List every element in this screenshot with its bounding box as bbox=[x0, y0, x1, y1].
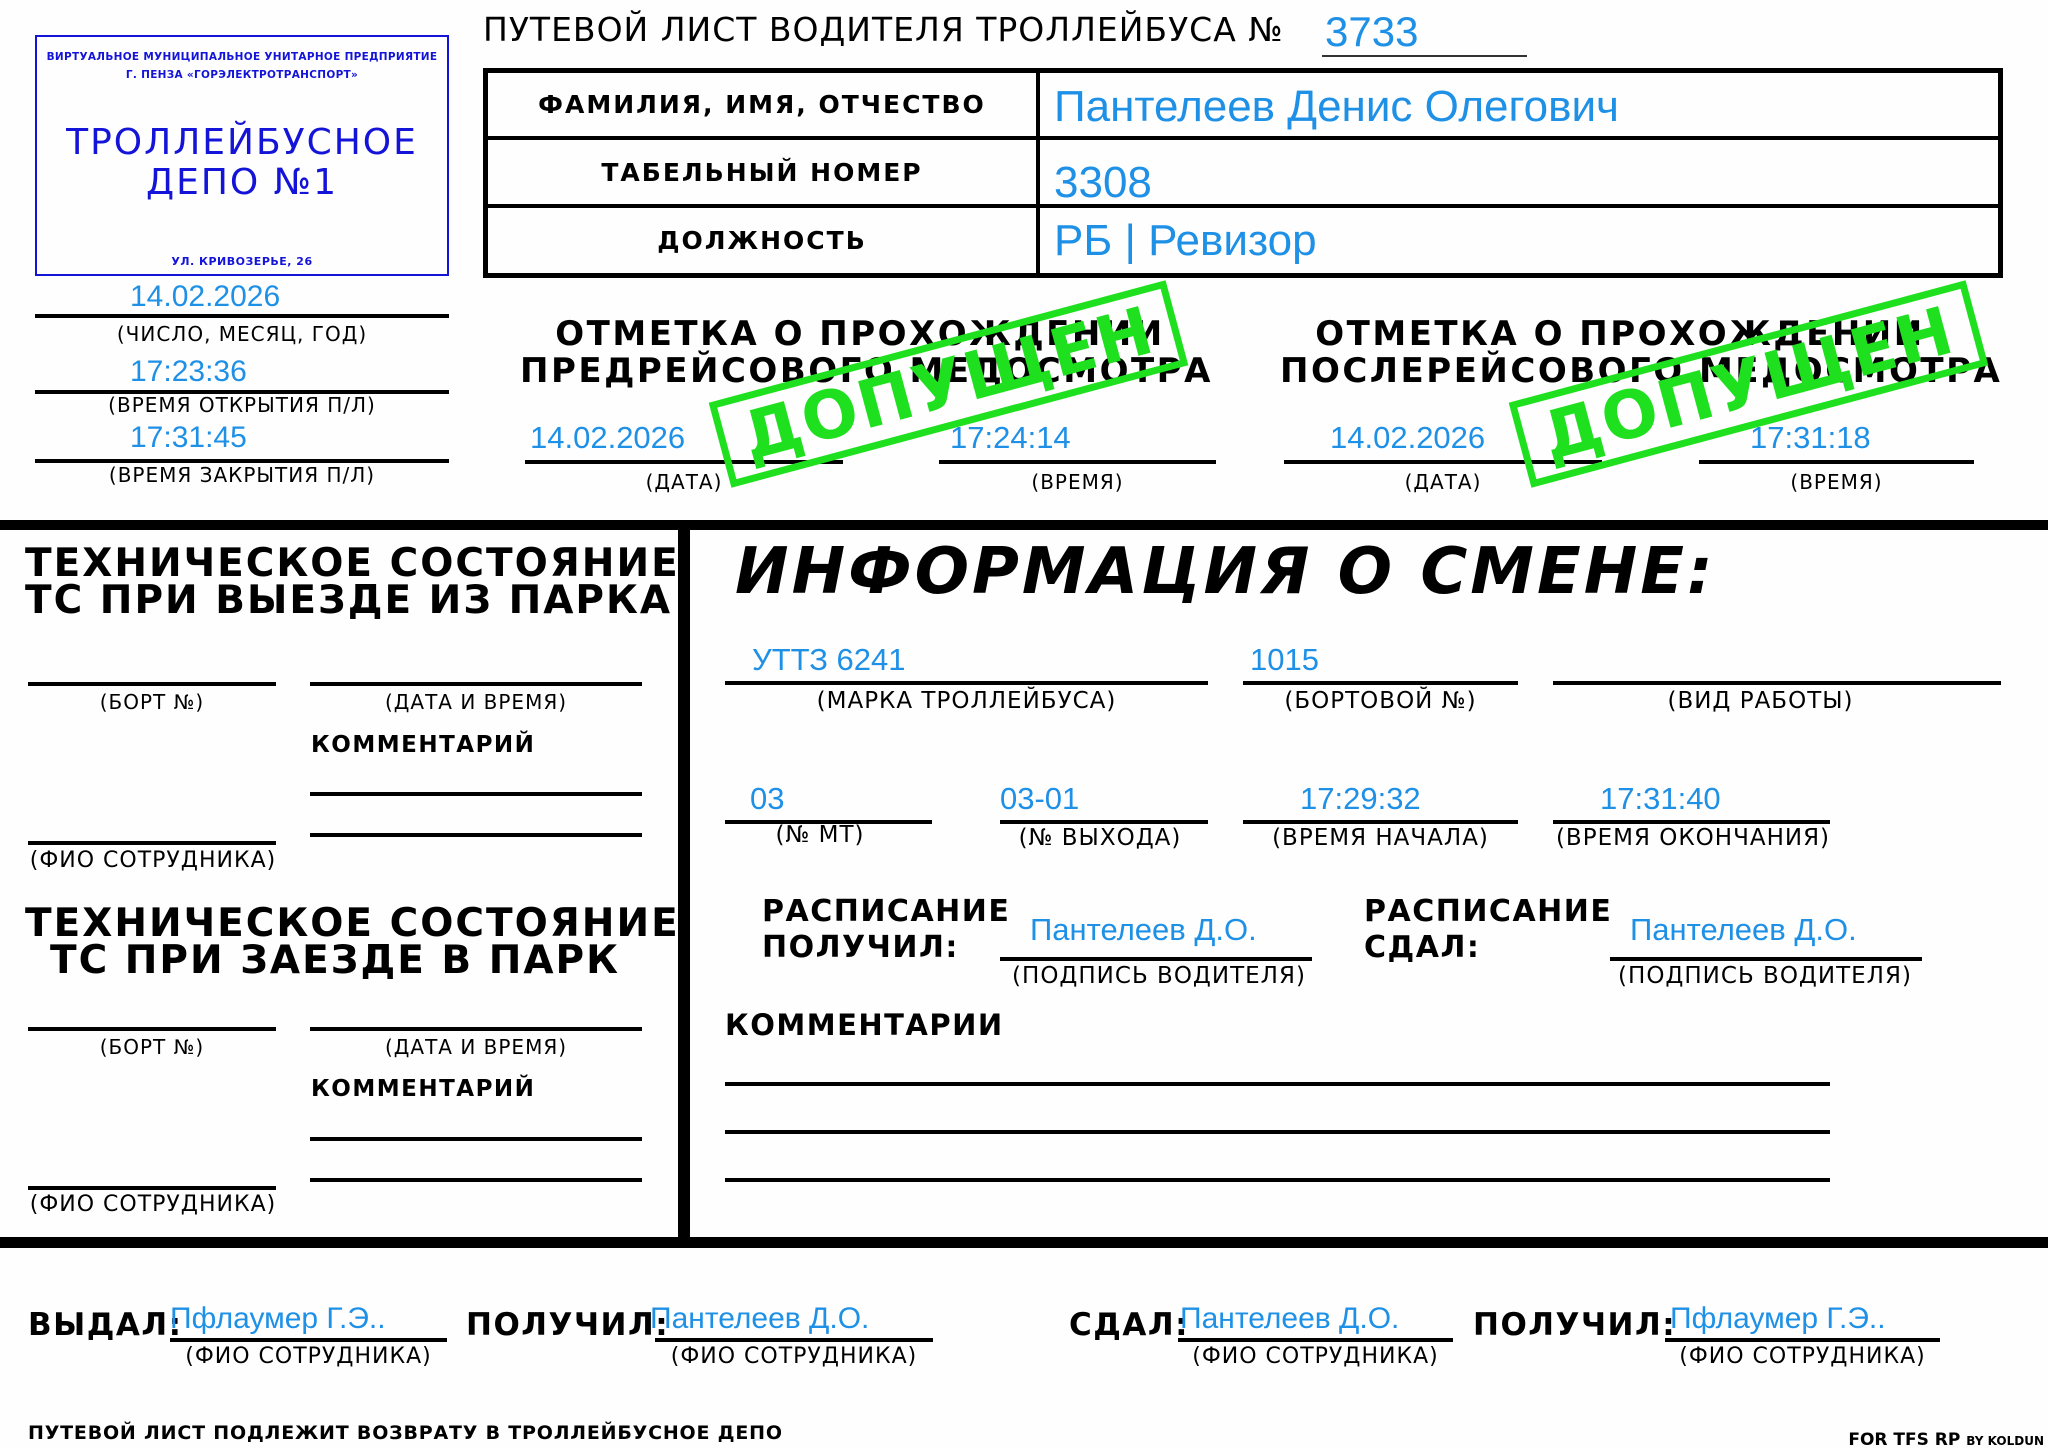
board-number-line bbox=[1243, 681, 1518, 685]
driver-row-position: ДОЛЖНОСТЬ РБ | Ревизор bbox=[488, 208, 1998, 273]
tech-in-board-caption: (БОРТ №) bbox=[28, 1035, 276, 1059]
schedule-received-label-line2: ПОЛУЧИЛ: bbox=[762, 930, 1010, 966]
schedule-returned-line bbox=[1610, 957, 1922, 961]
return-notice: ПУТЕВОЙ ЛИСТ ПОДЛЕЖИТ ВОЗВРАТУ В ТРОЛЛЕЙ… bbox=[28, 1422, 783, 1444]
fullname-label: ФАМИЛИЯ, ИМЯ, ОТЧЕСТВО bbox=[488, 73, 1036, 136]
end-time-line bbox=[1553, 820, 1830, 824]
pretrip-approved-stamp: ДОПУЩЕН bbox=[709, 280, 1188, 487]
tech-in-title-line2: ТС ПРИ ЗАЕЗДЕ В ПАРК bbox=[25, 942, 645, 979]
schedule-received-label: РАСПИСАНИЕ ПОЛУЧИЛ: bbox=[762, 894, 1010, 966]
tech-out-comment-label: КОММЕНТАРИЙ bbox=[311, 732, 535, 758]
received-by-value[interactable]: Пантелеев Д.О. bbox=[650, 1302, 869, 1336]
tech-out-board-caption: (БОРТ №) bbox=[28, 690, 276, 714]
shift-comments-label: КОММЕНТАРИИ bbox=[725, 1008, 1004, 1042]
start-time-line bbox=[1243, 820, 1518, 824]
schedule-returned-label-line2: СДАЛ: bbox=[1364, 930, 1612, 966]
tech-in-title-line1: ТЕХНИЧЕСКОЕ СОСТОЯНИЕ bbox=[25, 905, 645, 942]
tech-out-comment-line-2[interactable] bbox=[310, 833, 642, 837]
posttrip-date-value[interactable]: 14.02.2026 bbox=[1330, 420, 1485, 456]
posttrip-time-value[interactable]: 17:31:18 bbox=[1750, 420, 1871, 456]
credit-main: FOR TFS RP bbox=[1848, 1430, 1960, 1448]
schedule-received-line bbox=[1000, 957, 1312, 961]
route-number-caption: (№ МТ) bbox=[725, 822, 915, 848]
depot-name: ТРОЛЛЕЙБУСНОЕ ДЕПО №1 bbox=[37, 123, 447, 203]
issued-label: ВЫДАЛ: bbox=[28, 1307, 183, 1343]
document-title: ПУТЕВОЙ ЛИСТ ВОДИТЕЛЯ ТРОЛЛЕЙБУСА № bbox=[483, 10, 1284, 49]
org-name-line1: ВИРТУАЛЬНОЕ МУНИЦИПАЛЬНОЕ УНИТАРНОЕ ПРЕД… bbox=[37, 51, 447, 63]
trolleybus-model-value[interactable]: УТТЗ 6241 bbox=[752, 642, 906, 678]
position-value[interactable]: РБ | Ревизор bbox=[1054, 216, 1317, 266]
tech-out-comment-line-1[interactable] bbox=[310, 792, 642, 796]
section-divider-vertical bbox=[678, 520, 690, 1247]
returned-by-caption: (ФИО СОТРУДНИКА) bbox=[1178, 1344, 1453, 1369]
open-time-caption: (ВРЕМЯ ОТКРЫТИЯ П/Л) bbox=[35, 393, 449, 417]
depot-address: УЛ. КРИВОЗЕРЬЕ, 26 bbox=[37, 255, 447, 268]
issued-by-line bbox=[170, 1338, 447, 1342]
returned-label: СДАЛ: bbox=[1069, 1307, 1189, 1343]
schedule-returned-caption: (ПОДПИСЬ ВОДИТЕЛЯ) bbox=[1606, 963, 1924, 989]
route-number-value[interactable]: 03 bbox=[750, 781, 784, 817]
accepted-by-caption: (ФИО СОТРУДНИКА) bbox=[1665, 1344, 1940, 1369]
personnel-number-value[interactable]: 3308 bbox=[1054, 158, 1152, 208]
shift-info-title: ИНФОРМАЦИЯ О СМЕНЕ: bbox=[735, 535, 1716, 609]
posttrip-time-caption: (ВРЕМЯ) bbox=[1699, 470, 1974, 494]
pretrip-date-value[interactable]: 14.02.2026 bbox=[530, 420, 685, 456]
schedule-returned-label-line1: РАСПИСАНИЕ bbox=[1364, 894, 1612, 930]
schedule-returned-label: РАСПИСАНИЕ СДАЛ: bbox=[1364, 894, 1612, 966]
section-divider-bottom bbox=[0, 1237, 2048, 1248]
work-type-caption: (ВИД РАБОТЫ) bbox=[1553, 688, 1968, 714]
shift-comment-line-2[interactable] bbox=[725, 1130, 1830, 1134]
tech-in-employee-caption: (ФИО СОТРУДНИКА) bbox=[28, 1192, 278, 1217]
waybill-date-value[interactable]: 14.02.2026 bbox=[130, 280, 280, 314]
received-label: ПОЛУЧИЛ: bbox=[466, 1307, 669, 1343]
pretrip-time-line bbox=[939, 460, 1216, 464]
exit-number-value[interactable]: 03-01 bbox=[1000, 781, 1079, 817]
exit-number-line bbox=[1000, 820, 1208, 824]
schedule-received-signature[interactable]: Пантелеев Д.О. bbox=[1030, 912, 1257, 948]
tech-out-datetime-field[interactable] bbox=[310, 682, 642, 686]
driver-row-fullname: ФАМИЛИЯ, ИМЯ, ОТЧЕСТВО Пантелеев Денис О… bbox=[488, 73, 1998, 140]
fullname-value[interactable]: Пантелеев Денис Олегович bbox=[1054, 82, 1619, 132]
waybill-date-line bbox=[35, 314, 449, 318]
accepted-by-value[interactable]: Пфлаумер Г.Э.. bbox=[1670, 1302, 1886, 1336]
shift-comment-line-3[interactable] bbox=[725, 1178, 1830, 1182]
tech-out-board-field[interactable] bbox=[28, 682, 276, 686]
pretrip-time-value[interactable]: 17:24:14 bbox=[950, 420, 1071, 456]
tech-in-employee-field[interactable] bbox=[28, 1186, 276, 1190]
section-divider-top bbox=[0, 520, 2048, 530]
end-time-value[interactable]: 17:31:40 bbox=[1600, 781, 1721, 817]
received-by-line bbox=[655, 1338, 933, 1342]
trolleybus-model-caption: (МАРКА ТРОЛЛЕЙБУСА) bbox=[725, 688, 1208, 714]
shift-comment-line-1[interactable] bbox=[725, 1082, 1830, 1086]
credit-author: BY KOLDUN bbox=[1966, 1434, 2044, 1448]
tech-out-title-line2: ТС ПРИ ВЫЕЗДЕ ИЗ ПАРКА bbox=[25, 582, 645, 619]
table-divider bbox=[1036, 140, 1040, 204]
tech-in-comment-line-2[interactable] bbox=[310, 1178, 642, 1182]
accepted-label: ПОЛУЧИЛ: bbox=[1473, 1307, 1676, 1343]
schedule-returned-signature[interactable]: Пантелеев Д.О. bbox=[1630, 912, 1857, 948]
board-number-caption: (БОРТОВОЙ №) bbox=[1243, 688, 1518, 714]
posttrip-time-line bbox=[1699, 460, 1974, 464]
waybill-number-underline bbox=[1322, 55, 1527, 57]
issued-by-caption: (ФИО СОТРУДНИКА) bbox=[170, 1344, 447, 1369]
driver-row-personnel-number: ТАБЕЛЬНЫЙ НОМЕР 3308 bbox=[488, 140, 1998, 208]
position-label: ДОЛЖНОСТЬ bbox=[488, 208, 1036, 273]
tech-out-datetime-caption: (ДАТА И ВРЕМЯ) bbox=[310, 690, 642, 714]
depot-logo-stamp: ВИРТУАЛЬНОЕ МУНИЦИПАЛЬНОЕ УНИТАРНОЕ ПРЕД… bbox=[35, 35, 449, 276]
start-time-caption: (ВРЕМЯ НАЧАЛА) bbox=[1243, 825, 1518, 851]
tech-out-employee-field[interactable] bbox=[28, 841, 276, 845]
driver-info-table: ФАМИЛИЯ, ИМЯ, ОТЧЕСТВО Пантелеев Денис О… bbox=[483, 68, 2003, 278]
table-divider bbox=[1036, 208, 1040, 273]
tech-out-title: ТЕХНИЧЕСКОЕ СОСТОЯНИЕ ТС ПРИ ВЫЕЗДЕ ИЗ П… bbox=[25, 545, 645, 619]
end-time-caption: (ВРЕМЯ ОКОНЧАНИЯ) bbox=[1543, 825, 1843, 851]
tech-in-board-field[interactable] bbox=[28, 1027, 276, 1031]
tech-in-comment-label: КОММЕНТАРИЙ bbox=[311, 1076, 535, 1102]
issued-by-value[interactable]: Пфлаумер Г.Э.. bbox=[170, 1302, 386, 1336]
waybill-number[interactable]: 3733 bbox=[1325, 8, 1418, 56]
exit-number-caption: (№ ВЫХОДА) bbox=[1000, 825, 1200, 851]
received-by-caption: (ФИО СОТРУДНИКА) bbox=[655, 1344, 933, 1369]
board-number-value[interactable]: 1015 bbox=[1250, 642, 1319, 678]
personnel-number-label: ТАБЕЛЬНЫЙ НОМЕР bbox=[488, 140, 1036, 204]
pretrip-date-caption: (ДАТА) bbox=[525, 470, 843, 494]
waybill-date-caption: (ЧИСЛО, МЕСЯЦ, ГОД) bbox=[35, 322, 449, 346]
schedule-received-label-line1: РАСПИСАНИЕ bbox=[762, 894, 1010, 930]
accepted-by-line bbox=[1665, 1338, 1940, 1342]
close-time-value[interactable]: 17:31:45 bbox=[130, 421, 247, 455]
tech-in-datetime-field[interactable] bbox=[310, 1027, 642, 1031]
pretrip-time-caption: (ВРЕМЯ) bbox=[939, 470, 1216, 494]
org-name-line2: Г. ПЕНЗА «ГОРЭЛЕКТРОТРАНСПОРТ» bbox=[37, 69, 447, 81]
start-time-value[interactable]: 17:29:32 bbox=[1300, 781, 1421, 817]
returned-by-value[interactable]: Пантелеев Д.О. bbox=[1180, 1302, 1399, 1336]
schedule-received-caption: (ПОДПИСЬ ВОДИТЕЛЯ) bbox=[1000, 963, 1318, 989]
trolleybus-model-line bbox=[725, 681, 1208, 685]
tech-out-title-line1: ТЕХНИЧЕСКОЕ СОСТОЯНИЕ bbox=[25, 545, 645, 582]
tech-in-datetime-caption: (ДАТА И ВРЕМЯ) bbox=[310, 1035, 642, 1059]
credit-label: FOR TFS RP BY KOLDUN bbox=[1848, 1430, 2044, 1448]
tech-in-comment-line-1[interactable] bbox=[310, 1137, 642, 1141]
close-time-caption: (ВРЕМЯ ЗАКРЫТИЯ П/Л) bbox=[35, 463, 449, 487]
table-divider bbox=[1036, 73, 1040, 136]
depot-name-line1: ТРОЛЛЕЙБУСНОЕ bbox=[37, 123, 447, 163]
work-type-line bbox=[1553, 681, 2001, 685]
tech-in-title: ТЕХНИЧЕСКОЕ СОСТОЯНИЕ ТС ПРИ ЗАЕЗДЕ В ПА… bbox=[25, 905, 645, 979]
tech-out-employee-caption: (ФИО СОТРУДНИКА) bbox=[28, 848, 278, 873]
open-time-value[interactable]: 17:23:36 bbox=[130, 355, 247, 389]
returned-by-line bbox=[1178, 1338, 1453, 1342]
posttrip-approved-stamp: ДОПУЩЕН bbox=[1509, 280, 1988, 487]
depot-name-line2: ДЕПО №1 bbox=[37, 163, 447, 203]
